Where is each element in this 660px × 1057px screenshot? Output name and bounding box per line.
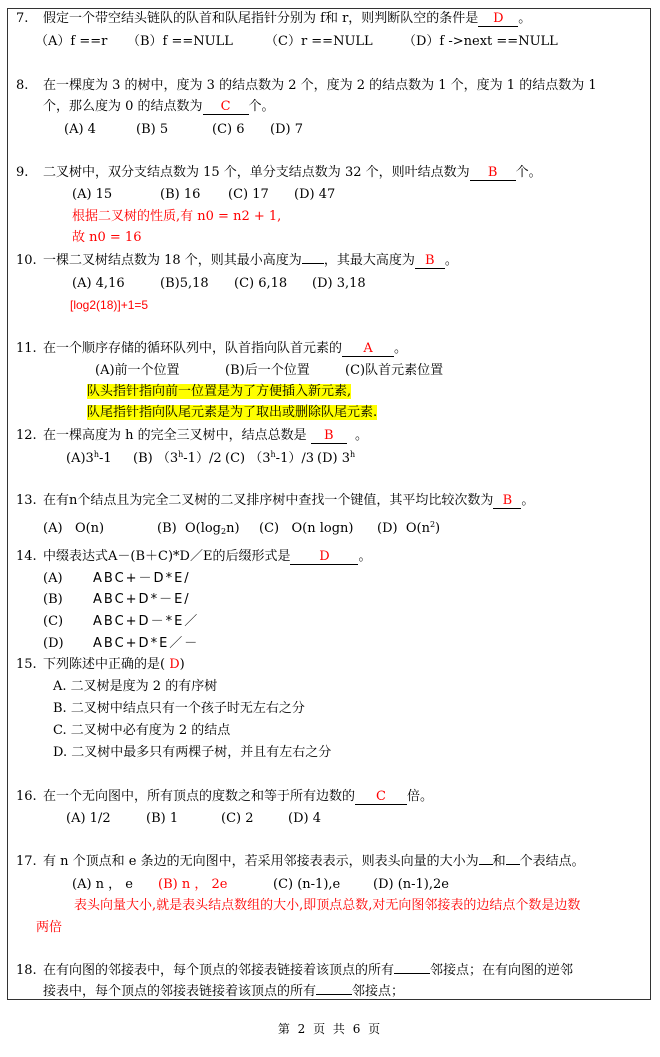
question-end: 。 [445, 253, 458, 268]
question-end: 个表结点。 [520, 854, 585, 869]
option-a: (A)3h-1 [66, 450, 133, 468]
option-d: (D) 3,18 [312, 275, 366, 293]
question-text: 假定一个带空结头链队的队首和队尾指针分别为 f和 r，则判断队空的条件是 [43, 11, 478, 26]
question-end: ) [180, 657, 185, 672]
question-text: 和 [493, 854, 506, 869]
question-16-stem: 16.在一个无向图中，所有顶点的度数之和等于所有边数的C倍。 [16, 788, 433, 806]
option-d: (D) 3h [317, 450, 355, 468]
question-9-options: (A) 15(B) 16(C) 17(D) 47 [72, 186, 335, 204]
question-7-stem: 7.假定一个带空结头链队的队首和队尾指针分别为 f和 r，则判断队空的条件是D。 [16, 10, 531, 28]
question-10-note: [log2(18)]+1=5 [70, 296, 148, 314]
option-b: (B) 5 [136, 121, 212, 139]
question-number: 17. [16, 853, 43, 871]
question-text: 个，那么度为 0 的结点数为 [43, 99, 203, 114]
question-17-stem: 17.有 n 个顶点和 e 条边的无向图中，若采用邻接表表示，则表头向量的大小为… [16, 853, 585, 871]
option-c: (C)队首元素位置 [345, 362, 443, 380]
option-a: (A) 4,16 [72, 275, 160, 293]
question-text: 一棵二叉树结点数为 18 个，则其最小高度为 [43, 253, 302, 268]
question-text: ，其最大高度为 [324, 253, 415, 268]
highlighted-note: 队尾指针指向队尾元素是为了取出或删除队尾元素. [87, 405, 377, 420]
question-14-option-d: (D)ABC+D*E／－ [43, 635, 199, 653]
question-text: 中缀表达式A－(B＋C)*D／E的后缀形式是 [43, 549, 290, 564]
question-16-options: (A) 1/2(B) 1(C) 2(D) 4 [66, 810, 321, 828]
question-text: 在有n个结点且为完全二叉树的二叉排序树中查找一个键值，其平均比较次数为 [43, 493, 493, 508]
option-d: (D) 7 [270, 121, 303, 139]
answer-blank: B [470, 166, 516, 181]
option-c: (C) 2 [221, 810, 288, 828]
question-8-stem: 8.在一棵度为 3 的树中，度为 3 的结点数为 2 个，度为 2 的结点数为 … [16, 77, 597, 95]
answer-blank: B [493, 494, 521, 509]
option-c: (C) （3h-1）/3 [225, 450, 317, 468]
answer-blank-2: B [415, 254, 445, 269]
question-9-note: 故 n0 = 16 [72, 229, 141, 247]
question-text: 在一个顺序存储的循环队列中，队首指向队首元素的 [43, 341, 342, 356]
question-11-options: (A)前一个位置(B)后一个位置(C)队首元素位置 [95, 362, 443, 380]
question-number: 7. [16, 10, 43, 28]
option-b: （B）f ==NULL [127, 33, 265, 51]
question-end: 邻接点； [352, 984, 404, 999]
question-number: 15. [16, 656, 43, 674]
question-14-option-a: (A)ABC+－D*E/ [43, 570, 191, 588]
question-number: 9. [16, 164, 43, 182]
option-a: (A) 15 [72, 186, 160, 204]
question-11-stem: 11.在一个顺序存储的循环队列中，队首指向队首元素的A。 [16, 340, 407, 358]
answer-blank-2 [506, 864, 520, 865]
question-text: 在一个无向图中，所有顶点的度数之和等于所有边数的 [43, 789, 355, 804]
question-18-stem-line2: 接表中，每个顶点的邻接表链接着该顶点的所有邻接点； [43, 983, 404, 1001]
question-12-options: (A)3h-1(B) （3h-1）/2(C) （3h-1）/3(D) 3h [66, 450, 355, 468]
question-9-note: 根据二叉树的性质,有 n0 = n2 + 1, [72, 208, 281, 226]
question-14-stem: 14.中缀表达式A－(B＋C)*D／E的后缀形式是D。 [16, 548, 371, 566]
question-number: 16. [16, 788, 43, 806]
question-text: 下列陈述中正确的是( [43, 657, 165, 672]
answer-blank: C [203, 100, 249, 115]
question-15-stem: 15.下列陈述中正确的是( D) [16, 656, 185, 674]
option-a: (A) 1/2 [66, 810, 146, 828]
answer-blank: C [355, 790, 407, 805]
question-15-option-c: C. 二叉树中必有度为 2 的结点 [53, 722, 230, 740]
question-end: 。 [394, 341, 407, 356]
option-b: (B)后一个位置 [225, 362, 345, 380]
question-end: 。 [355, 428, 368, 443]
question-number: 12. [16, 427, 43, 445]
answer-blank-2 [316, 994, 352, 995]
question-number: 14. [16, 548, 43, 566]
option-d: (D) (n-1),2e [373, 876, 449, 894]
question-7-options: （A）f ==r（B）f ==NULL（C）r ==NULL（D）f ->nex… [35, 33, 558, 51]
option-c: (C) 6,18 [234, 275, 312, 293]
option-a: (A) 4 [64, 121, 136, 139]
answer-blank-1 [394, 973, 430, 974]
question-8-options: (A) 4(B) 5(C) 6(D) 7 [64, 121, 303, 139]
answer: D [169, 657, 179, 672]
question-end: 个。 [516, 165, 542, 180]
question-end: 。 [358, 549, 371, 564]
option-c: （C）r ==NULL [265, 33, 403, 51]
option-b: (B) 1 [146, 810, 221, 828]
page-footer: 第 2 页 共 6 页 [0, 1020, 660, 1037]
question-number: 8. [16, 77, 43, 95]
question-text: 在有向图的邻接表中，每个顶点的邻接表链接着该顶点的所有 [43, 963, 394, 978]
option-d: (D) O(n2) [377, 520, 440, 538]
option-d: （D）f ->next ==NULL [403, 33, 558, 51]
question-end: 。 [521, 493, 534, 508]
answer-blank: A [342, 342, 394, 357]
question-end: 倍。 [407, 789, 433, 804]
question-14-option-c: (C)ABC+D－*E／ [43, 613, 199, 631]
question-18-stem: 18.在有向图的邻接表中，每个顶点的邻接表链接着该顶点的所有邻接点；在有向图的逆… [16, 962, 573, 980]
question-17-note: 两倍 [36, 919, 62, 937]
option-b: (B) 16 [160, 186, 228, 204]
answer-blank: D [478, 12, 518, 27]
option-a: (A) n ， e [72, 876, 158, 894]
highlighted-note: 队头指针指向前一位置是为了方便插入新元素, [87, 384, 351, 399]
question-11-note: 队头指针指向前一位置是为了方便插入新元素, [87, 383, 351, 401]
question-end: 。 [518, 11, 531, 26]
question-text: 邻接点；在有向图的逆邻 [430, 963, 573, 978]
question-text: 在一棵高度为 h 的完全三叉树中，结点总数是 [43, 428, 307, 443]
question-14-option-b: (B)ABC+D*－E/ [43, 591, 191, 609]
answer-blank-1 [479, 864, 493, 865]
answer-blank: B [311, 429, 347, 444]
question-text: 有 n 个顶点和 e 条边的无向图中，若采用邻接表表示，则表头向量的大小为 [43, 854, 479, 869]
question-number: 13. [16, 492, 43, 510]
option-c: (C) 6 [212, 121, 270, 139]
question-12-stem: 12.在一棵高度为 h 的完全三叉树中，结点总数是 B 。 [16, 427, 368, 445]
question-13-stem: 13.在有n个结点且为完全二叉树的二叉排序树中查找一个键值，其平均比较次数为B。 [16, 492, 534, 510]
question-17-options: (A) n ， e(B) n ， 2e(C) (n-1),e(D) (n-1),… [72, 876, 449, 894]
question-10-stem: 10.一棵二叉树结点数为 18 个，则其最小高度为，其最大高度为B。 [16, 252, 458, 270]
option-a: (A)前一个位置 [95, 362, 225, 380]
question-text: 接表中，每个顶点的邻接表链接着该顶点的所有 [43, 984, 316, 999]
option-d: (D) 47 [294, 186, 335, 204]
option-c: (C) 17 [228, 186, 294, 204]
question-number: 10. [16, 252, 43, 270]
question-text: 在一棵度为 3 的树中，度为 3 的结点数为 2 个，度为 2 的结点数为 1 … [43, 78, 597, 93]
option-b: (B)5,18 [160, 275, 234, 293]
question-9-stem: 9.二叉树中，双分支结点数为 15 个，单分支结点数为 32 个，则叶结点数为B… [16, 164, 542, 182]
option-b: (B) （3h-1）/2 [133, 450, 225, 468]
option-b: (B) O(log2n) [157, 520, 259, 538]
question-17-note: 表头向量大小,就是表头结点数组的大小,即顶点总数,对无向图邻接表的边结点个数是边… [74, 897, 580, 915]
option-c: (C) (n-1),e [273, 876, 373, 894]
question-15-option-b: B. 二叉树中结点只有一个孩子时无左右之分 [53, 700, 305, 718]
option-a: （A）f ==r [35, 33, 127, 51]
question-number: 18. [16, 962, 43, 980]
question-10-options: (A) 4,16(B)5,18(C) 6,18(D) 3,18 [72, 275, 366, 293]
question-15-option-d: D. 二叉树中最多只有两棵子树，并且有左右之分 [53, 744, 331, 762]
question-11-note: 队尾指针指向队尾元素是为了取出或删除队尾元素. [87, 404, 377, 422]
option-b-correct: (B) n ， 2e [158, 876, 273, 894]
option-a: (A) O(n) [43, 520, 157, 538]
question-end: 个。 [249, 99, 275, 114]
question-number: 11. [16, 340, 43, 358]
question-text: 二叉树中，双分支结点数为 15 个，单分支结点数为 32 个，则叶结点数为 [43, 165, 470, 180]
question-13-options: (A) O(n)(B) O(log2n)(C) O(n logn)(D) O(n… [43, 520, 440, 538]
answer-blank: D [290, 550, 358, 565]
option-d: (D) 4 [288, 810, 321, 828]
question-8-stem-line2: 个，那么度为 0 的结点数为C个。 [43, 98, 275, 116]
question-15-option-a: A. 二叉树是度为 2 的有序树 [53, 678, 217, 696]
answer-blank-1 [302, 263, 324, 264]
option-c: (C) O(n logn) [259, 520, 377, 538]
